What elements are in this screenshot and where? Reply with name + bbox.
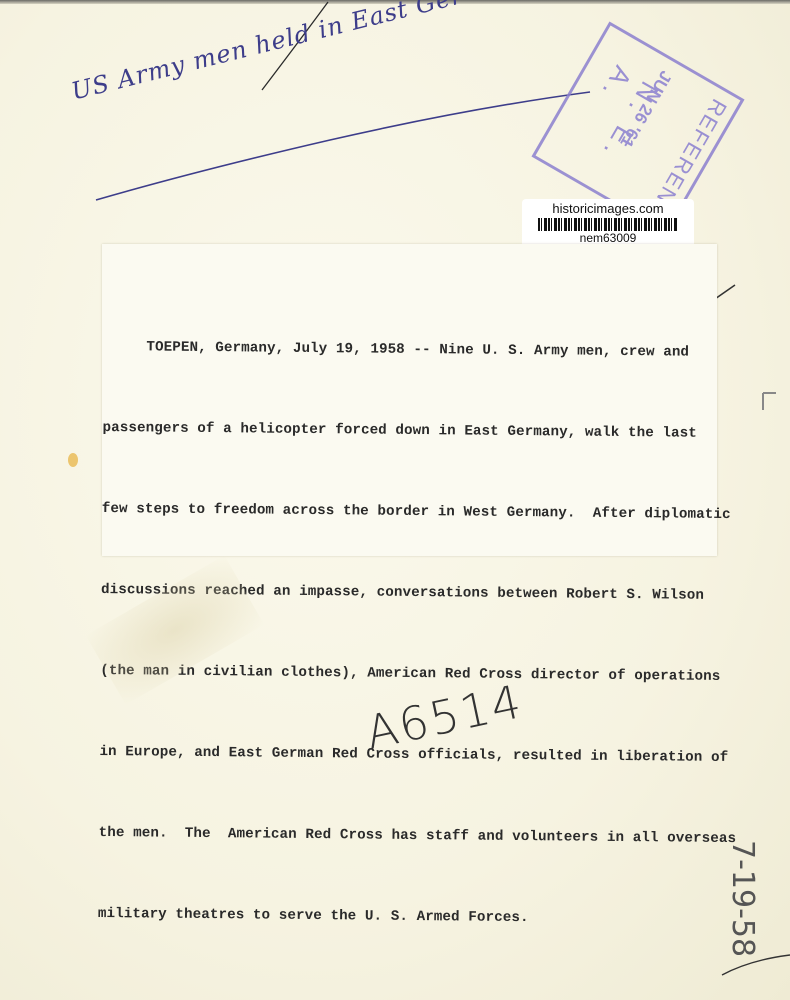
sticker-code: nem63009 bbox=[522, 231, 694, 245]
caption-line: passengers of a helicopter forced down i… bbox=[102, 415, 712, 448]
caption-line: military theatres to serve the U. S. Arm… bbox=[98, 901, 708, 934]
caption-line: few steps to freedom across the border i… bbox=[102, 496, 712, 529]
barcode-icon bbox=[538, 218, 678, 231]
stain-mark bbox=[68, 453, 78, 467]
inventory-sticker: historicimages.com nem63009 bbox=[522, 199, 694, 249]
photo-back-page: US Army men held in East Ger REFERENCE J… bbox=[0, 0, 790, 1000]
sticker-site: historicimages.com bbox=[522, 201, 694, 216]
caption-line: TOEPEN, Germany, July 19, 1958 -- Nine U… bbox=[103, 334, 713, 367]
caption-line: the men. The American Red Cross has staf… bbox=[99, 820, 709, 853]
handwritten-date: 7-19-58 bbox=[725, 840, 760, 957]
